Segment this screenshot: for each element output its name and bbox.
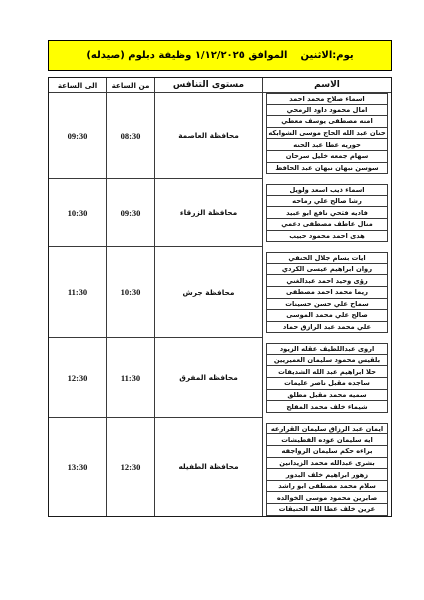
governorate-group-row: اسماء ذيب اسعد ولويل رشا صالح علي رماحه … (49, 179, 391, 247)
to-hour-value: 10:30 (68, 208, 88, 218)
candidate-name: حلا ابراهيم عبد الله الشديفات (266, 366, 388, 378)
governorate-cell: محافظة جرش (154, 247, 262, 338)
candidate-name: اسماء ذيب اسعد ولويل (266, 184, 388, 196)
to-hour-cell: 10:30 (49, 179, 106, 247)
title-date-and-job: الموافق ١/١٢/٢٠٢٥ وظيفة دبلوم (صيدله) (86, 50, 287, 61)
to-hour-value: 11:30 (68, 287, 87, 297)
candidate-name: ايه سليمان عوده الفطيشات (266, 434, 388, 446)
candidate-name: سوسن نبهان نبهان عبد الحافظ (266, 163, 388, 175)
candidate-name: عرين خلف عطا الله الحنيقات (266, 504, 388, 516)
names-block: ايمان عبد الرزاق سليمان القرارعه ايه سلي… (266, 423, 388, 516)
candidate-name: ايات بسام جلال الحنفي (266, 252, 388, 264)
from-hour-cell: 09:30 (106, 179, 154, 247)
to-hour-cell: 12:30 (49, 338, 106, 418)
candidate-name: رؤى وحيد احمد عبدالغني (266, 275, 388, 287)
column-header-competition-level: مستوى التنافس (154, 78, 262, 93)
candidate-name: براءه حكم سليمان الرواجفه (266, 446, 388, 458)
names-block: ايات بسام جلال الحنفي روان ابراهيم عيسى … (266, 252, 388, 333)
column-header-from-hour: من الساعة (106, 78, 154, 93)
table-body: اسماء صلاح محمد احمد امال محمود داود الر… (49, 93, 391, 516)
candidate-name: زهور ابراهيم خلف البدور (266, 469, 388, 481)
names-column: اروى عبداللطيف عقله الزيود بلقيس محمود س… (262, 338, 391, 418)
candidate-name: ريما محمد احمد مصطفى (266, 287, 388, 299)
governorate-group-row: ايمان عبد الرزاق سليمان القرارعه ايه سلي… (49, 418, 391, 516)
governorate-label: محافظه المفرق (179, 373, 238, 382)
candidate-name: علي محمد عبد الرازق حماد (266, 322, 388, 334)
candidate-name: سلام محمد مصطفى ابو راشد (266, 481, 388, 493)
candidate-name: سماح علي حسن حسينات (266, 299, 388, 311)
column-header-to-hour: الى الساعة (49, 78, 106, 93)
governorate-label: محافظة جرش (183, 288, 235, 297)
governorate-cell: محافظة العاصمة (154, 93, 262, 179)
candidate-name: ساجده مقبل ناصر عليمات (266, 378, 388, 390)
candidate-name: صابرين محمود موسى الخوالده (266, 492, 388, 504)
names-column: ايمان عبد الرزاق سليمان القرارعه ايه سلي… (262, 418, 391, 516)
from-hour-value: 08:30 (121, 131, 141, 141)
from-hour-cell: 08:30 (106, 93, 154, 179)
to-hour-cell: 11:30 (49, 247, 106, 338)
to-hour-cell: 09:30 (49, 93, 106, 179)
governorate-cell: محافظه المفرق (154, 338, 262, 418)
to-hour-value: 12:30 (68, 373, 88, 383)
from-hour-cell: 12:30 (106, 418, 154, 516)
to-hour-cell: 13:30 (49, 418, 106, 516)
governorate-cell: محافظة الزرقاء (154, 179, 262, 247)
candidate-name: بشرى عبدالله محمد الزيدانين (266, 458, 388, 470)
candidate-name: منال عاطف مصطفى دعمي (266, 219, 388, 231)
schedule-table: الاسم مستوى التنافس من الساعة الى الساعة… (48, 77, 392, 517)
from-hour-cell: 11:30 (106, 338, 154, 418)
candidate-name: شيماء خلف محمد المفلح (266, 401, 388, 413)
page-title-banner: يوم:الاثنين الموافق ١/١٢/٢٠٢٥ وظيفة دبلو… (48, 40, 392, 71)
governorate-label: محافظة الزرقاء (180, 208, 237, 217)
from-hour-value: 12:30 (121, 462, 141, 472)
governorate-label: محافظة الطفيله (178, 462, 238, 471)
candidate-name: فاديه فتحي نافع ابو عبيد (266, 207, 388, 219)
candidate-name: هدى احمد محمود حبيب (266, 231, 388, 243)
governorate-group-row: ايات بسام جلال الحنفي روان ابراهيم عيسى … (49, 247, 391, 338)
names-column: اسماء ذيب اسعد ولويل رشا صالح علي رماحه … (262, 179, 391, 247)
from-hour-cell: 10:30 (106, 247, 154, 338)
to-hour-value: 13:30 (68, 462, 88, 472)
title-day: يوم:الاثنين (301, 50, 354, 61)
governorate-group-row: اسماء صلاح محمد احمد امال محمود داود الر… (49, 93, 391, 179)
candidate-name: امنه مصطفى يوسف معطي (266, 116, 388, 128)
governorate-cell: محافظة الطفيله (154, 418, 262, 516)
governorate-group-row: اروى عبداللطيف عقله الزيود بلقيس محمود س… (49, 338, 391, 418)
from-hour-value: 10:30 (121, 287, 141, 297)
names-block: اروى عبداللطيف عقله الزيود بلقيس محمود س… (266, 343, 388, 413)
candidate-name: رشا صالح علي رماحه (266, 196, 388, 208)
governorate-label: محافظة العاصمة (178, 131, 239, 140)
column-header-name: الاسم (262, 78, 391, 93)
to-hour-value: 09:30 (68, 131, 88, 141)
from-hour-value: 11:30 (121, 373, 140, 383)
candidate-name: امال محمود داود الرمحي (266, 105, 388, 117)
candidate-name: سميه محمد مقبل مطلق (266, 390, 388, 402)
table-header-row: الاسم مستوى التنافس من الساعة الى الساعة (49, 78, 391, 93)
candidate-name: بلقيس محمود سليمان العميريين (266, 355, 388, 367)
candidate-name: سهام جمعه خليل سرحان (266, 151, 388, 163)
candidate-name: روان ابراهيم عيسى الكردي (266, 264, 388, 276)
names-column: اسماء صلاح محمد احمد امال محمود داود الر… (262, 93, 391, 179)
candidate-name: حوريه عطا عبد الحنه (266, 139, 388, 151)
candidate-name: حنان عبد الله الحاج موسى الشوابكه (266, 128, 388, 140)
scanned-schedule-page: { "title": { "day": "يوم:الاثنين", "rest… (0, 0, 424, 600)
candidate-name: اروى عبداللطيف عقله الزيود (266, 343, 388, 355)
from-hour-value: 09:30 (121, 208, 141, 218)
names-column: ايات بسام جلال الحنفي روان ابراهيم عيسى … (262, 247, 391, 338)
names-block: اسماء ذيب اسعد ولويل رشا صالح علي رماحه … (266, 184, 388, 242)
names-block: اسماء صلاح محمد احمد امال محمود داود الر… (266, 93, 388, 174)
schedule-sheet: يوم:الاثنين الموافق ١/١٢/٢٠٢٥ وظيفة دبلو… (48, 40, 392, 517)
candidate-name: صالح علي محمد الموسى (266, 310, 388, 322)
candidate-name: اسماء صلاح محمد احمد (266, 93, 388, 105)
candidate-name: ايمان عبد الرزاق سليمان القرارعه (266, 423, 388, 435)
